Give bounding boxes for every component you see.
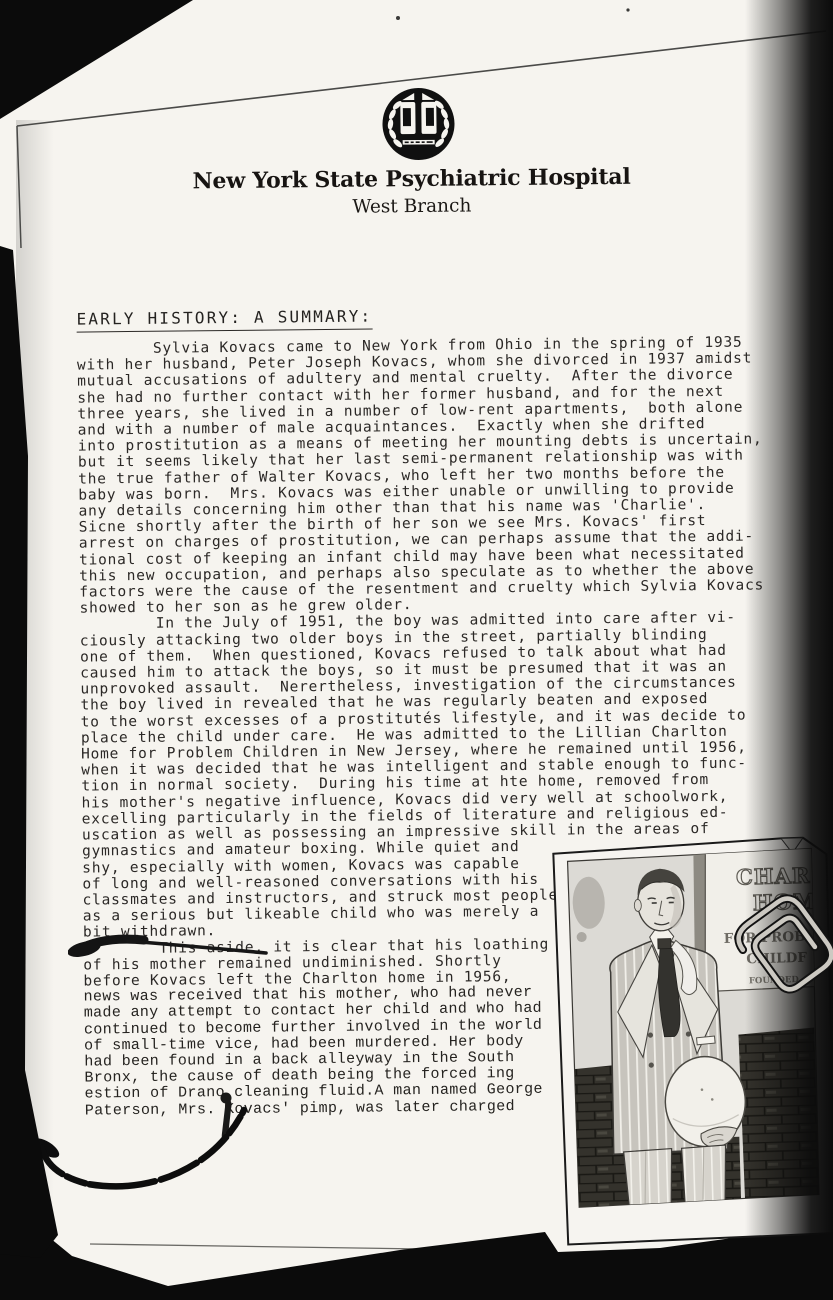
document-title: EARLY HISTORY: A SUMMARY: — [76, 306, 372, 332]
paragraph-early-history-1: Sylvia Kovacs came to New York from Ohio… — [77, 334, 765, 617]
document-page: New York State Psychiatric Hospital West… — [0, 0, 833, 1300]
sign-text-line1: CHAR — [736, 863, 811, 890]
hospital-branch: West Branch — [0, 192, 828, 222]
paperclip-icon — [728, 892, 833, 1014]
ink-smudge — [68, 929, 288, 965]
coffee-ring-stain — [28, 1098, 278, 1208]
hospital-name: New York State Psychiatric Hospital — [0, 162, 828, 197]
hospital-seal-icon — [378, 84, 459, 165]
